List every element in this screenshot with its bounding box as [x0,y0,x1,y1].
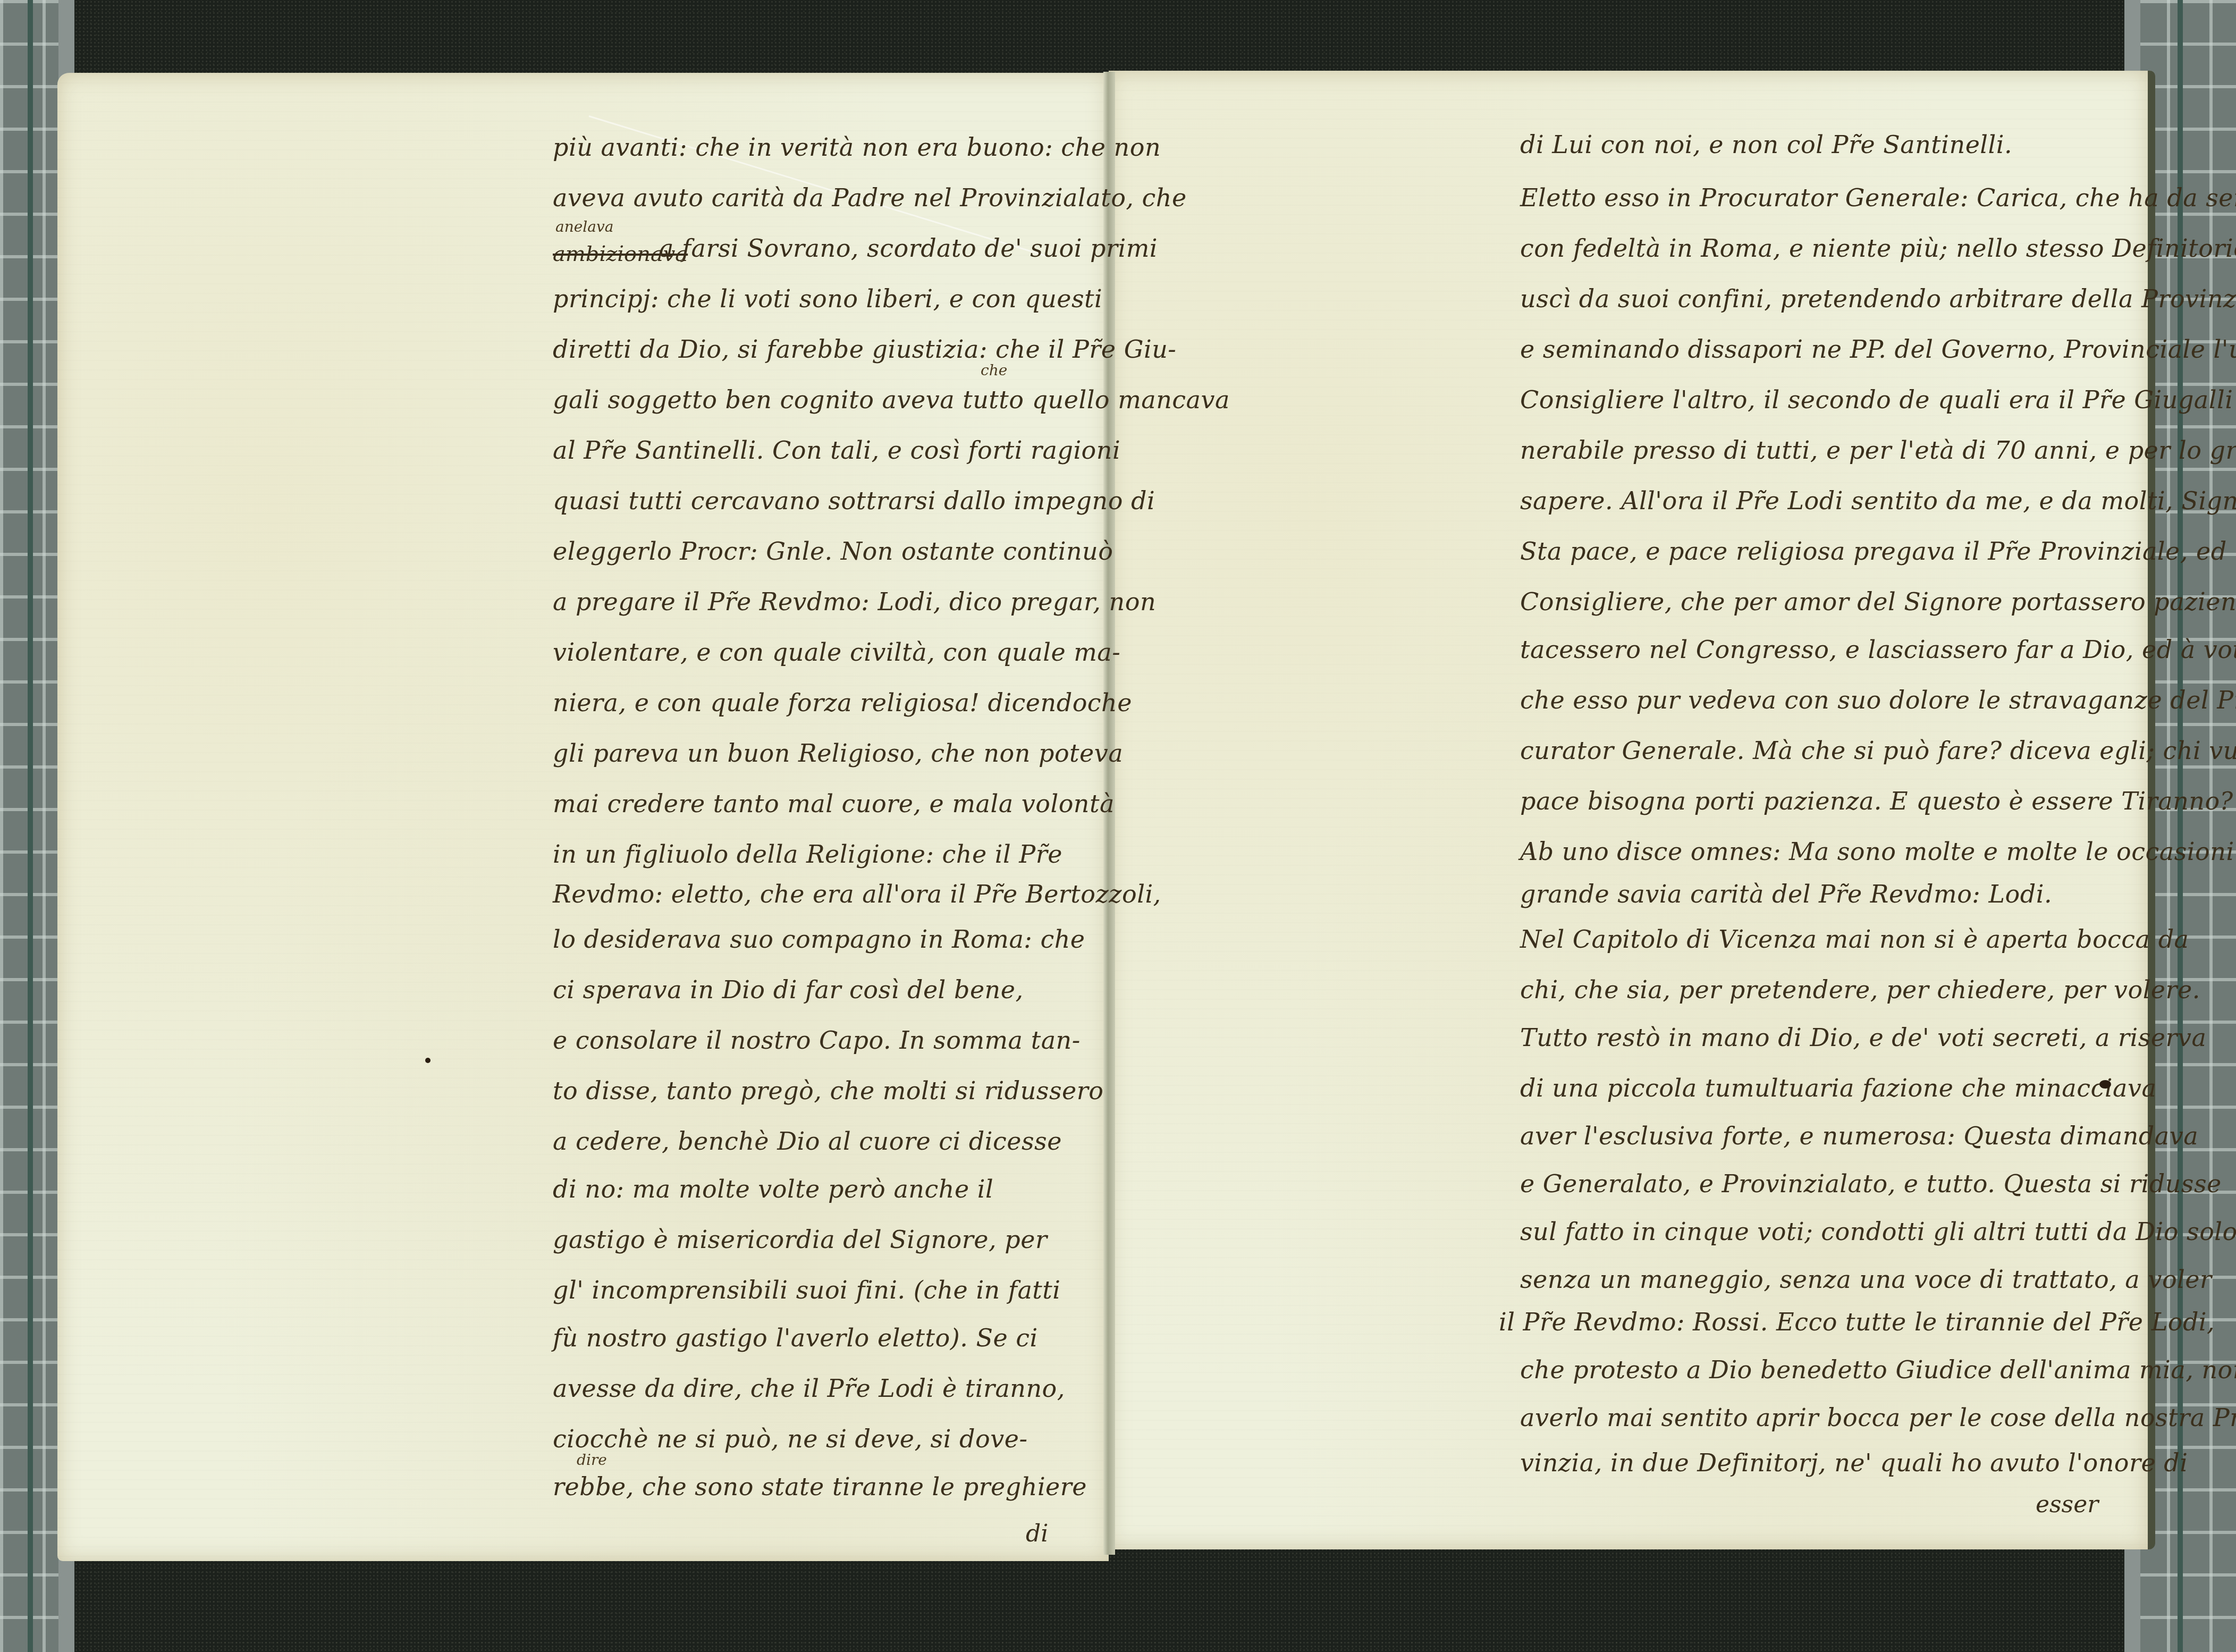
text-line: di Lui con noi, e non col Pr̃e Santinell… [1520,130,2012,159]
ruler-strip [28,0,33,1652]
text-line: e consolare il nostro Capo. In somma tan… [553,1026,1081,1055]
text-line: più avanti: che in verità non era buono:… [553,133,1161,162]
text-line: e Generalato, e Provinzialato, e tutto. … [1520,1169,2222,1198]
text-line: Eletto esso in Procurator Generale: Cari… [1520,183,2236,212]
ink-dot [425,1058,431,1063]
text-line: quasi tutti cercavano sottrarsi dallo im… [553,486,1155,515]
text-line: sul fatto in cinque voti; condotti gli a… [1520,1217,2236,1246]
text-line: nerabile presso di tutti, e per l'età di… [1520,436,2236,465]
text-line: eleggerlo Procr: Gnle. Non ostante conti… [553,537,1113,566]
text-line: che esso pur vedeva con suo dolore le st… [1520,686,2236,714]
interlinear-insertion: dire [577,1451,607,1469]
text-line: Ab uno disce omnes: Ma sono molte e molt… [1520,837,2236,866]
text-line: niera, e con quale forza religiosa! dice… [553,688,1132,717]
text-line: gastigo è misericordia del Signore, per [553,1225,1047,1254]
text-line: rebbe, che sono state tiranne le preghie… [553,1472,1087,1501]
text-line: Sta pace, e pace religiosa pregava il Pr… [1520,537,2236,566]
text-line: Tutto restò in mano di Dio, e de' voti s… [1520,1023,2206,1052]
text-line: al Pr̃e Santinelli. Con tali, e così for… [553,436,1120,465]
text-line: a pregare il Pr̃e Revdmo: Lodi, dico pre… [553,587,1156,616]
text-line: ciocchè ne si può, ne si deve, si dove- [553,1425,1027,1453]
text-line: aver l'esclusiva forte, e numerosa: Ques… [1520,1122,2198,1150]
text-line: tacessero nel Congresso, e lasciassero f… [1520,635,2236,664]
text-line: vinzia, in due Definitorj, ne' quali ho … [1520,1448,2188,1477]
struck-through-word: ambizionava [553,242,688,266]
text-line: aveva avuto carità da Padre nel Provinzi… [553,183,1187,212]
text-line: e seminando dissapori ne PP. del Governo… [1520,335,2236,364]
text-line: Revdmo: eletto, che era all'ora il Pr̃e … [553,880,1161,908]
text-line: con fedeltà in Roma, e niente più; nello… [1520,234,2236,263]
text-line: gl' incomprensibili suoi fini. (che in f… [553,1276,1061,1304]
catchword: esser [2036,1491,2098,1518]
text-line: mai credere tanto mal cuore, e mala volo… [553,789,1115,818]
text-line: to disse, tanto pregò, che molti si ridu… [553,1076,1103,1105]
text-line: a cedere, benchè Dio al cuore ci dicesse [553,1127,1062,1156]
interlinear-insertion: che [981,361,1007,379]
text-line: sapere. All'ora il Pr̃e Lodi sentito da … [1520,486,2236,515]
text-line: lo desiderava suo compagno in Roma: che [553,925,1085,954]
text-line: Consigliere l'altro, il secondo de quali… [1520,385,2236,414]
catchword: di [1026,1520,1048,1547]
ink-blot [2099,1080,2111,1089]
text-line: uscì da suoi confini, pretendendo arbitr… [1520,284,2236,313]
text-line: curator Generale. Mà che si può fare? di… [1520,736,2236,765]
text-line: diretti da Dio, si farebbe giustizia: ch… [553,335,1176,364]
text-line: in un figliuolo della Religione: che il … [553,840,1062,869]
text-line: gali soggetto ben cognito aveva tutto qu… [553,385,1230,414]
interlinear-insertion: anelava [555,218,613,235]
text-line: chi, che sia, per pretendere, per chiede… [1520,975,2200,1004]
text-line: violentare, e con quale civiltà, con qua… [553,638,1120,667]
text-line: Nel Capitolo di Vicenza mai non si è ape… [1520,925,2189,954]
text-line: gli pareva un buon Religioso, che non po… [553,739,1123,768]
text-line: che protesto a Dio benedetto Giudice del… [1520,1355,2236,1384]
text-line: di una piccola tumultuaria fazione che m… [1520,1074,2156,1102]
text-line: ci sperava in Dio di far così del bene, [553,975,1024,1004]
text-line: principj: che li voti sono liberi, e con… [553,284,1102,313]
text-line: il Pr̃e Revdmo: Rossi. Ecco tutte le tir… [1499,1308,2215,1336]
text-line: pace bisogna porti pazienza. E questo è … [1520,787,2233,815]
text-line: Consigliere, che per amor del Signore po… [1520,587,2236,616]
text-line: grande savia carità del Pr̃e Revdmo: Lod… [1520,880,2052,908]
text-line: a farsi Sovrano, scordato de' suoi primi [659,234,1158,263]
text-line: senza un maneggio, senza una voce di tra… [1520,1265,2212,1294]
text-line: avesse da dire, che il Pr̃e Lodi è tiran… [553,1374,1065,1403]
text-line: di no: ma molte volte però anche il [553,1175,993,1203]
text-line: fù nostro gastigo l'averlo eletto). Se c… [553,1324,1038,1352]
text-line: averlo mai sentito aprir bocca per le co… [1520,1403,2236,1432]
